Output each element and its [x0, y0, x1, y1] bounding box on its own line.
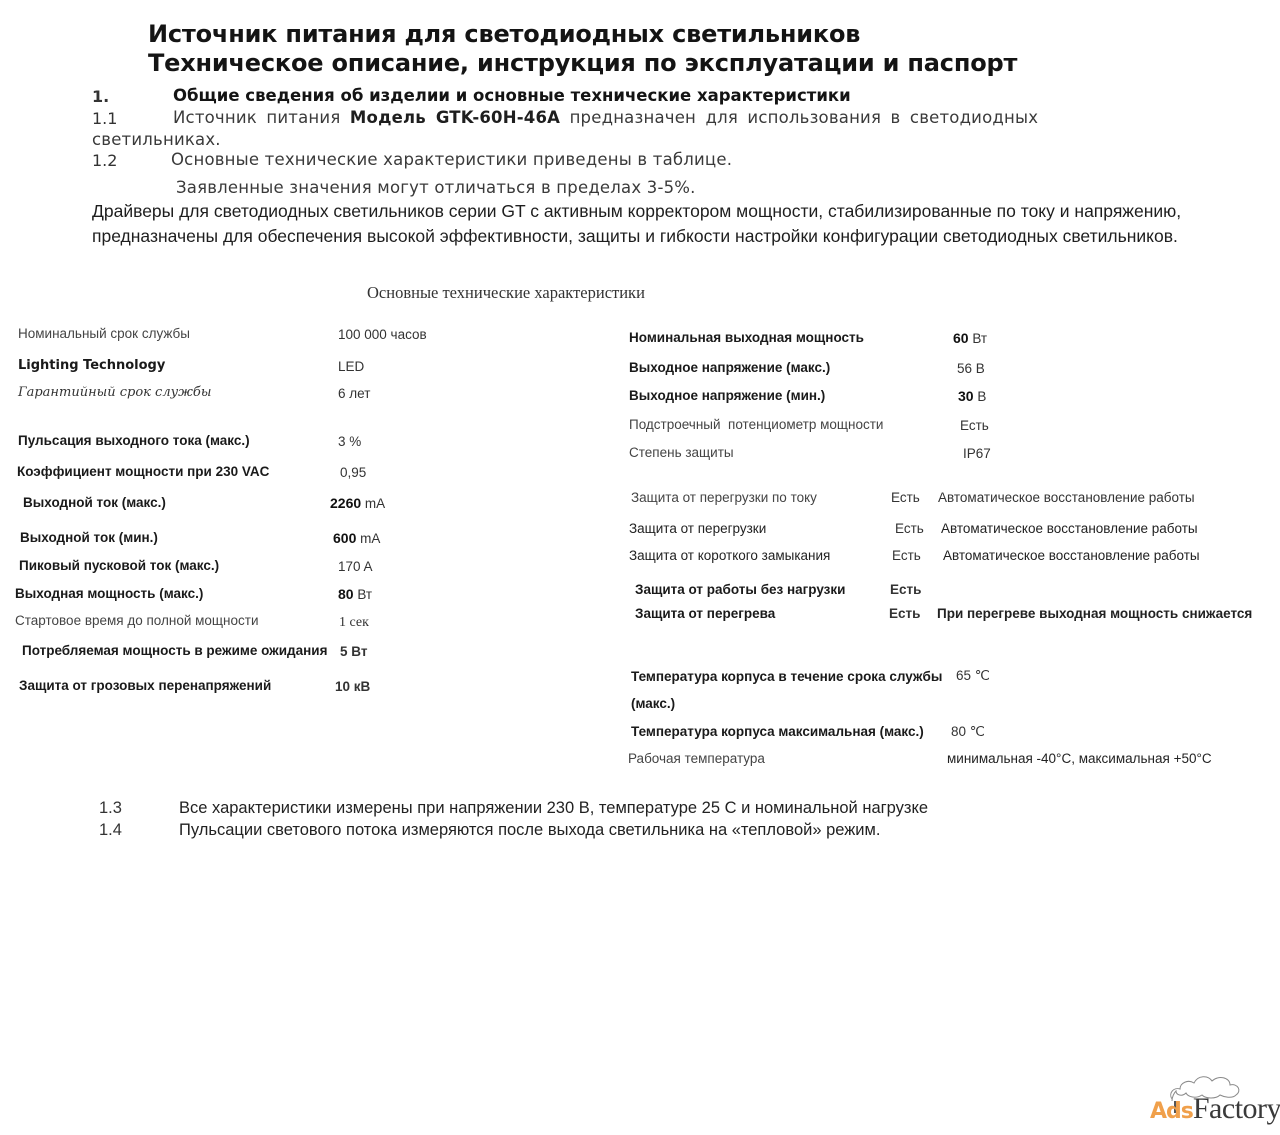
temperature-value: 80 ℃ [951, 724, 985, 740]
spec-value: LED [338, 358, 364, 374]
spec-label: Выходной ток (мин.) [20, 530, 158, 545]
spec-label: Потребляемая мощность в режиме ожидания [22, 643, 327, 658]
adsfactory-watermark: AdsFactory [1146, 1055, 1278, 1133]
spec-value: 2260 mA [330, 495, 385, 511]
model-name: Модель GTK-60H-46A [350, 108, 560, 127]
spec-value: 30 В [958, 388, 986, 404]
paragraph-number-1-2: 1.2 [92, 151, 117, 170]
spec-label: Выходной ток (макс.) [23, 495, 166, 510]
spec-label: Степень защиты [629, 445, 734, 460]
spec-label: Подстроечный потенциометр мощности [629, 417, 883, 432]
paragraph-1-1-text: Источник питания [173, 108, 350, 127]
spec-value: 170 A [338, 558, 373, 574]
paragraph-1-2: Основные технические характеристики прив… [171, 150, 732, 169]
protection-label: Защита от перегрузки по току [631, 490, 817, 505]
paragraph-1-1-continuation: светильниках. [92, 130, 221, 149]
table-title: Основные технические характеристики [367, 283, 645, 303]
spec-value: 10 кВ [335, 678, 370, 694]
protection-present: Есть [889, 606, 920, 621]
spec-value: 5 Вт [340, 643, 367, 659]
protection-present: Есть [892, 548, 921, 563]
protection-note: Автоматическое восстановление работы [938, 490, 1195, 505]
note-number: 1.4 [99, 821, 122, 840]
paragraph-1-1: Источник питания Модель GTK-60H-46A пред… [173, 108, 1038, 127]
protection-present: Есть [890, 582, 921, 597]
protection-note: При перегреве выходная мощность снижаетс… [937, 606, 1252, 621]
protection-label: Защита от работы без нагрузки [635, 582, 845, 597]
document-title-line1: Источник питания для светодиодных светил… [148, 20, 860, 48]
watermark-prefix: Ads [1150, 1099, 1193, 1124]
spec-value: 1 сек [339, 615, 369, 631]
watermark-suffix: Factory [1193, 1092, 1280, 1125]
spec-value: 6 лет [338, 385, 370, 401]
spec-label: Выходная мощность (макс.) [15, 586, 203, 601]
section-heading: Общие сведения об изделии и основные тех… [173, 86, 851, 105]
spec-value: 56 В [957, 360, 985, 376]
document-title-line2: Техническое описание, инструкция по эксп… [148, 49, 1017, 77]
spec-label: Коэффициент мощности при 230 VAC [17, 464, 269, 479]
protection-label: Защита от короткого замыкания [629, 548, 830, 563]
note-number: 1.3 [99, 799, 122, 818]
spec-label: Стартовое время до полной мощности [15, 613, 258, 628]
paragraph-1-1-text-cont: предназначен для использования в светоди… [560, 108, 1038, 127]
spec-label: Пиковый пусковой ток (макс.) [19, 558, 219, 573]
temperature-label: Температура корпуса в течение срока служ… [631, 669, 942, 684]
spec-value: 60 Вт [953, 330, 987, 346]
section-number: 1. [92, 87, 109, 106]
temperature-label: Рабочая температура [628, 751, 765, 766]
spec-value: 100 000 часов [338, 326, 427, 342]
paragraph-number-1-1: 1.1 [92, 109, 117, 128]
spec-label: Номинальная выходная мощность [629, 330, 864, 345]
spec-label: Гарантийный срок службы [18, 385, 211, 400]
spec-value: 600 mA [333, 530, 380, 546]
spec-value: 0,95 [340, 464, 366, 480]
note-text: Все характеристики измерены при напряжен… [179, 799, 928, 818]
temperature-label-continuation: (макс.) [631, 696, 675, 711]
watermark-text: AdsFactory [1150, 1094, 1280, 1127]
intro-paragraph: Драйверы для светодиодных светильников с… [92, 199, 1182, 249]
protection-note: Автоматическое восстановление работы [943, 548, 1200, 563]
protection-label: Защита от перегрузки [629, 521, 766, 536]
spec-value: 80 Вт [338, 586, 372, 602]
note-text: Пульсации светового потока измеряются по… [179, 821, 880, 840]
spec-label: Lighting Technology [18, 358, 165, 373]
spec-value: Есть [960, 417, 989, 433]
protection-present: Есть [895, 521, 924, 536]
temperature-label: Температура корпуса максимальная (макс.) [631, 724, 924, 739]
protection-present: Есть [891, 490, 920, 505]
spec-label: Выходное напряжение (макс.) [629, 360, 830, 375]
spec-label: Номинальный срок службы [18, 326, 190, 341]
spec-label: Защита от грозовых перенапряжений [19, 678, 271, 693]
protection-note: Автоматическое восстановление работы [941, 521, 1198, 536]
temperature-value: минимальная -40°C, максимальная +50°C [947, 751, 1212, 766]
spec-label: Пульсация выходного тока (макс.) [18, 433, 250, 448]
protection-label: Защита от перегрева [635, 606, 775, 621]
spec-value: IP67 [963, 445, 991, 461]
spec-value: 3 % [338, 433, 361, 449]
temperature-value: 65 ℃ [956, 668, 990, 684]
tolerance-note: Заявленные значения могут отличаться в п… [176, 178, 696, 197]
spec-label: Выходное напряжение (мин.) [629, 388, 825, 403]
